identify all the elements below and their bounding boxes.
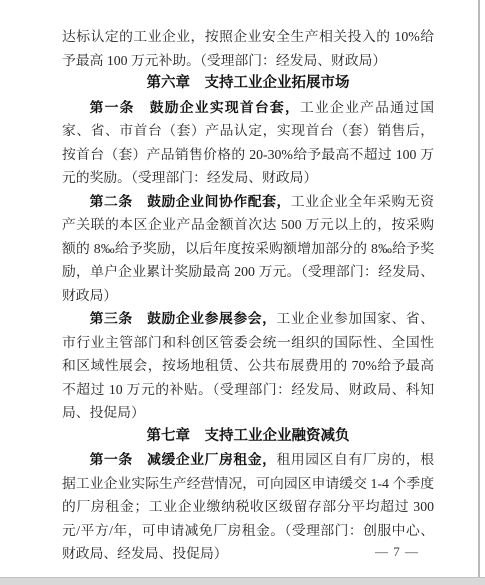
chapter7-article-1-lead: 第一条 减缓企业厂房租金， bbox=[90, 452, 277, 467]
chapter-6-heading: 第六章 支持工业企业拓展市场 bbox=[62, 72, 434, 96]
chapter-7-heading: 第七章 支持工业企业融资减负 bbox=[62, 425, 434, 449]
document-text-area: 达标认定的工业企业，按照企业安全生产相关投入的 10%给予最高 100 万元补助… bbox=[62, 25, 434, 566]
document-page: 达标认定的工业企业，按照企业安全生产相关投入的 10%给予最高 100 万元补助… bbox=[0, 0, 485, 585]
paragraph-continuation: 达标认定的工业企业，按照企业安全生产相关投入的 10%给予最高 100 万元补助… bbox=[62, 25, 434, 72]
chapter6-article-2-body: 工业企业全年采购无资产关联的本区企业产品金额首次达 500 万元以上的，按采购额… bbox=[62, 194, 434, 303]
chapter6-article-2-lead: 第二条 鼓励企业间协作配套， bbox=[90, 194, 291, 209]
chapter6-article-1: 第一条 鼓励企业实现首台套，工业企业产品通过国家、省、市首台（套）产品认定，实现… bbox=[62, 96, 434, 190]
chapter6-article-3: 第三条 鼓励企业参展参会，工业企业参加国家、省、市行业主管部门和科创区管委会统一… bbox=[62, 307, 434, 425]
chapter6-article-2: 第二条 鼓励企业间协作配套，工业企业全年采购无资产关联的本区企业产品金额首次达 … bbox=[62, 190, 434, 308]
page-number: — 7 — bbox=[375, 543, 419, 561]
paragraph-continuation-text: 达标认定的工业企业，按照企业安全生产相关投入的 10%给予最高 100 万元补助… bbox=[62, 29, 434, 68]
chapter6-article-3-body: 工业企业参加国家、省、市行业主管部门和科创区管委会统一组织的国际性、全国性和区域… bbox=[62, 311, 434, 420]
page-edge-right bbox=[478, 0, 480, 585]
chapter6-article-1-lead: 第一条 鼓励企业实现首台套， bbox=[90, 100, 300, 115]
page-edge-bottom bbox=[0, 577, 485, 585]
chapter6-article-3-lead: 第三条 鼓励企业参展参会， bbox=[90, 311, 277, 326]
